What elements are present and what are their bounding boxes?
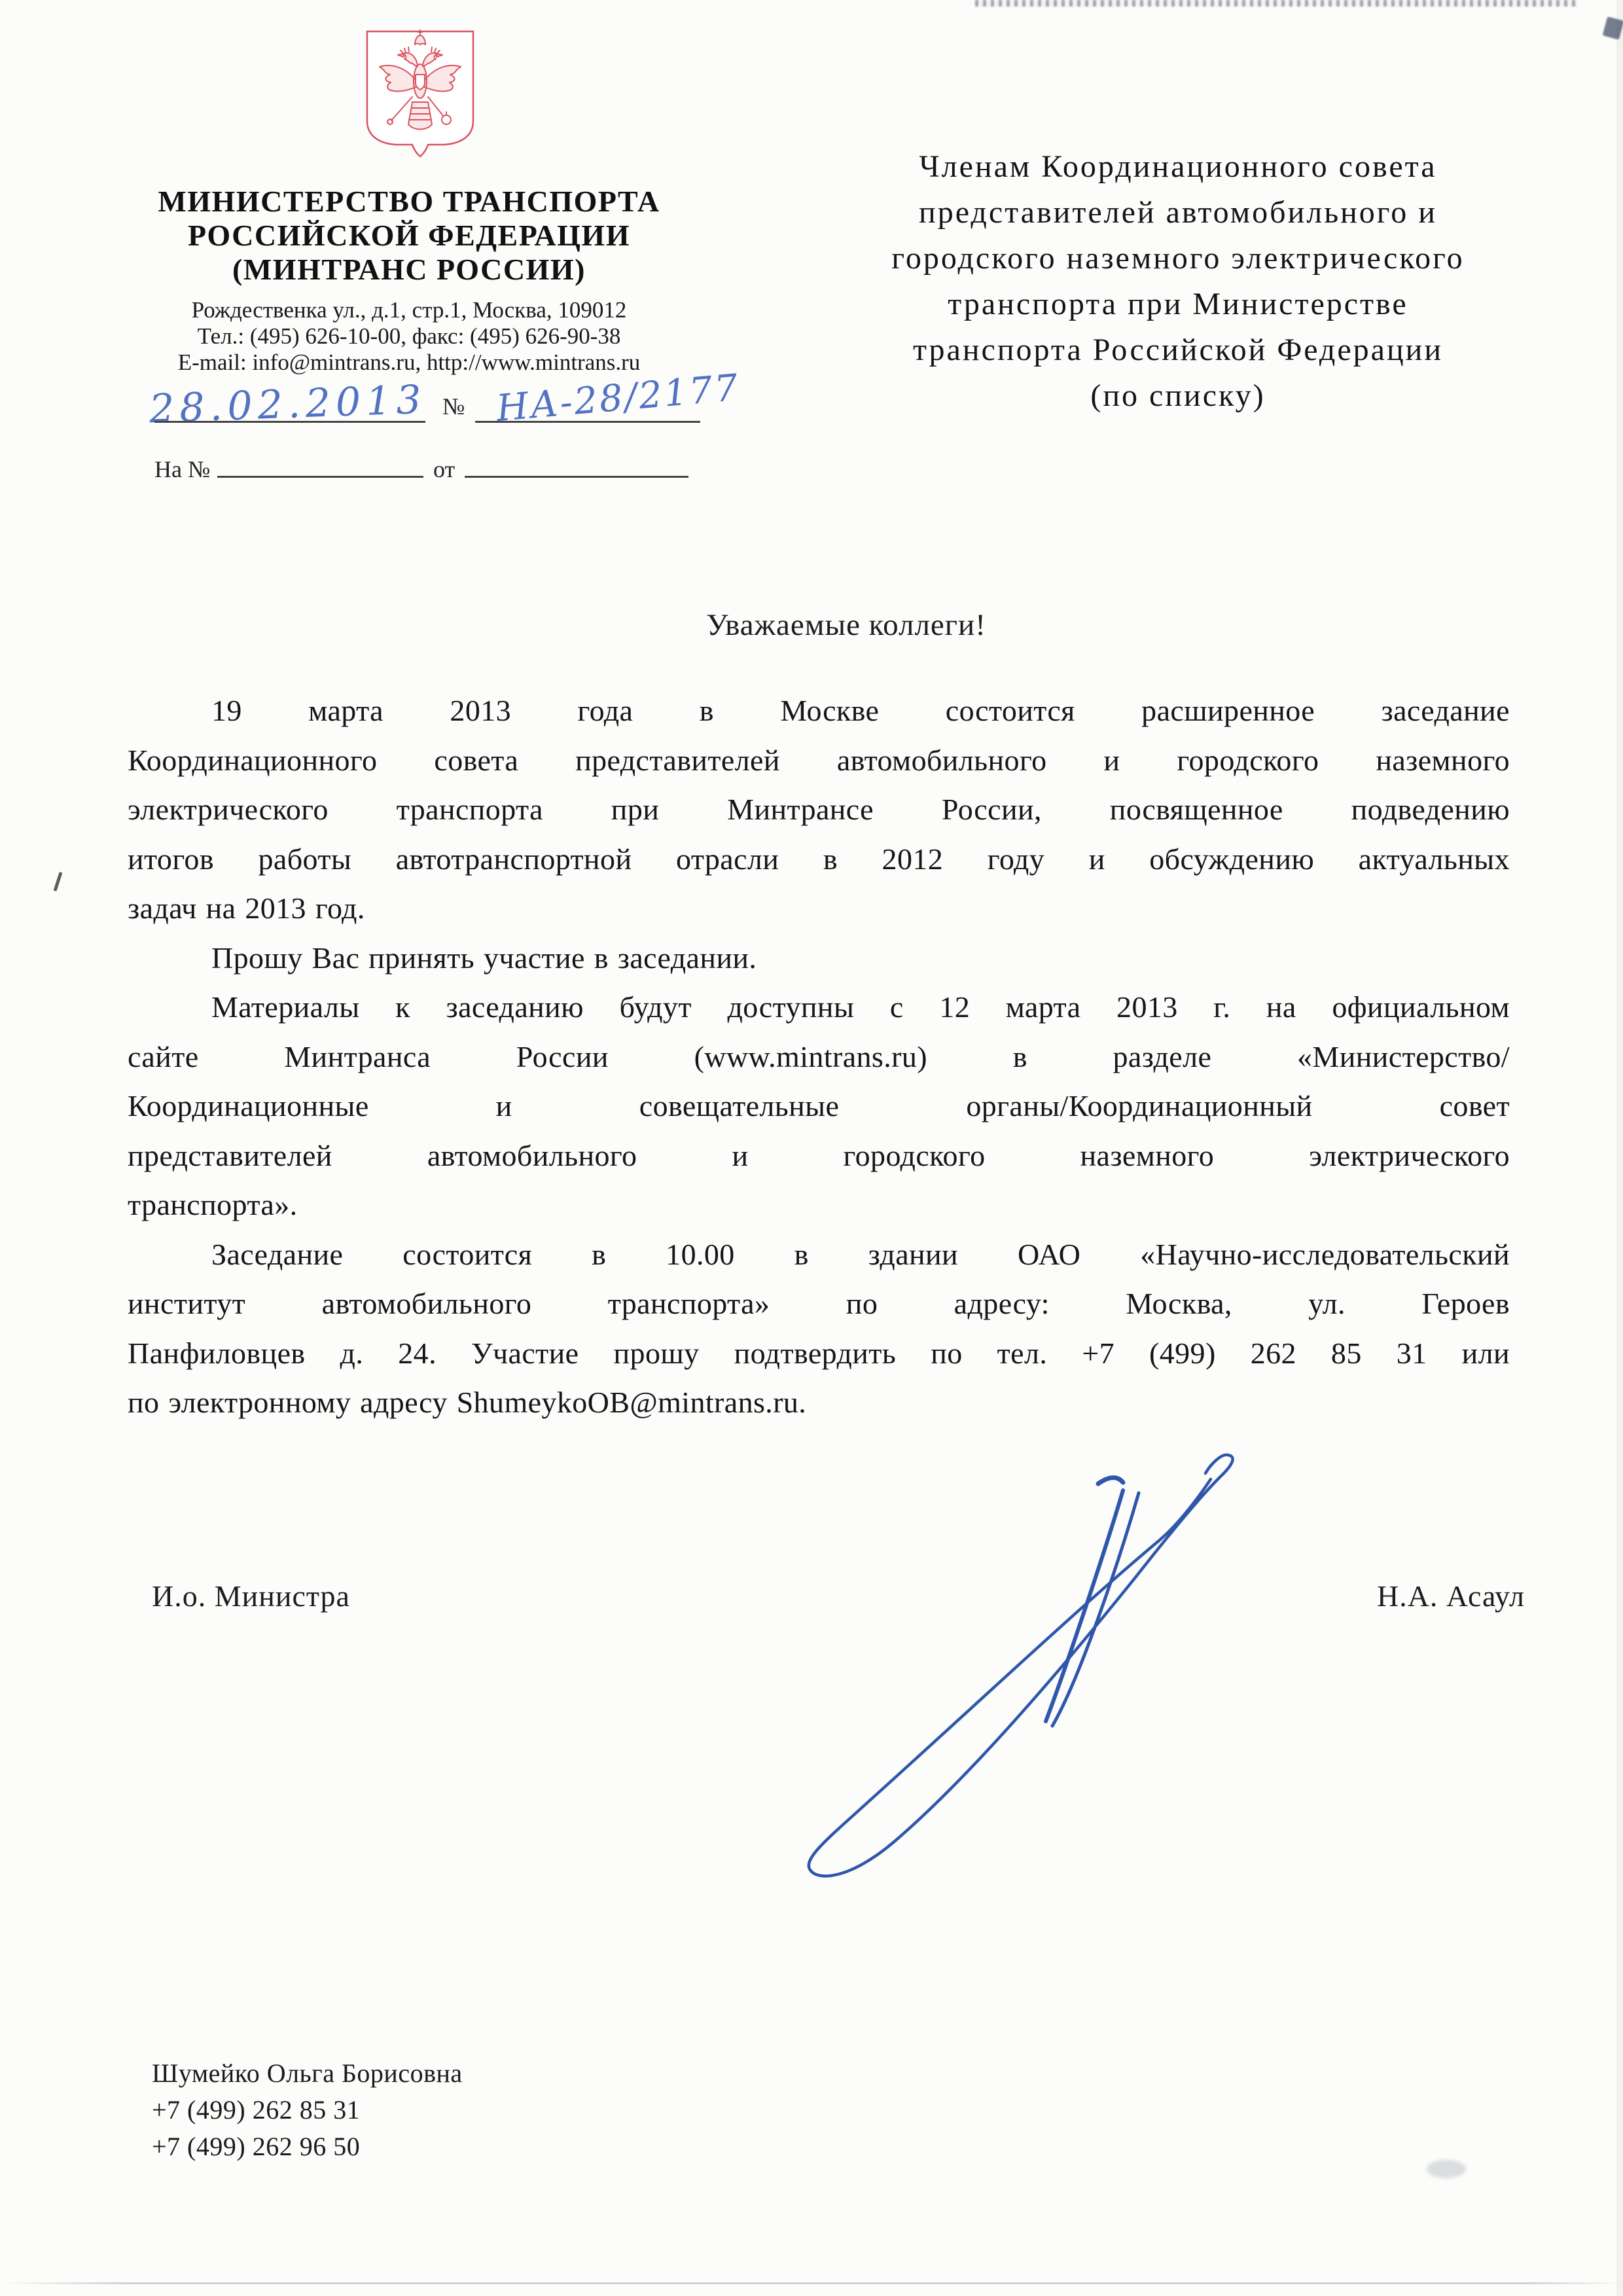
- body-line: 19 марта 2013 года в Москве состоится ра…: [128, 686, 1510, 736]
- scan-artifact-smudge: [1427, 2160, 1466, 2178]
- signature-ink: [753, 1430, 1250, 1892]
- signer-name: Н.А. Асаул: [1243, 1579, 1525, 1613]
- recipient-line: транспорта Российской Федерации: [802, 327, 1554, 373]
- body-line: Координационные и совещательные органы/К…: [128, 1081, 1510, 1131]
- footer-contact-block: Шумейко Ольга Борисовна +7 (499) 262 85 …: [152, 2055, 463, 2165]
- body-line: Координационного совета представителей а…: [128, 736, 1510, 785]
- letter-body: 19 марта 2013 года в Москве состоится ра…: [128, 686, 1510, 1427]
- recipient-line: городского наземного электрического: [802, 236, 1554, 281]
- scan-artifact-edge-shade: [1616, 0, 1623, 2296]
- letterhead-email: E-mail: info@mintrans.ru, http://www.min…: [118, 350, 700, 376]
- reply-number-underline: [217, 476, 423, 478]
- body-line: электрического транспорта при Минтрансе …: [128, 785, 1510, 834]
- body-line: Прошу Вас принять участие в заседании.: [128, 933, 1510, 983]
- reply-date-underline: [465, 476, 688, 478]
- letterhead-phone: Тел.: (495) 626-10-00, факс: (495) 626-9…: [118, 323, 700, 350]
- scan-artifact-stray-mark: [53, 872, 62, 891]
- recipient-line: (по списку): [802, 373, 1554, 419]
- date-field-handwritten: 28.02.2013: [149, 377, 427, 433]
- recipient-block: Членам Координационного совета представи…: [802, 144, 1554, 419]
- date-underline: [154, 421, 425, 423]
- body-line: институт автомобильного транспорта» по а…: [128, 1279, 1510, 1329]
- body-line: сайте Минтранса России (www.mintrans.ru)…: [128, 1032, 1510, 1082]
- body-line: транспорта».: [128, 1180, 1510, 1230]
- body-line: по электронному адресу ShumeykoOB@mintra…: [128, 1378, 1510, 1427]
- salutation: Уважаемые коллеги!: [155, 607, 1537, 643]
- russian-coat-of-arms-icon: [364, 29, 476, 158]
- scan-artifact-top-spot: [1603, 16, 1623, 40]
- body-line: Заседание состоится в 10.00 в здании ОАО…: [128, 1230, 1510, 1280]
- org-name-line1: МИНИСТЕРСТВО ТРАНСПОРТА: [118, 185, 700, 219]
- number-sign-label: №: [442, 393, 465, 420]
- contact-phone-2: +7 (499) 262 96 50: [152, 2128, 463, 2165]
- body-line: Материалы к заседанию будут доступны с 1…: [128, 982, 1510, 1032]
- scan-artifact-bottom-line: [0, 2282, 1623, 2284]
- signer-position-title: И.о. Министра: [152, 1579, 350, 1613]
- org-name-line2: РОССИЙСКОЙ ФЕДЕРАЦИИ: [118, 219, 700, 253]
- recipient-line: Членам Координационного совета: [802, 144, 1554, 190]
- org-name-line3: (МИНТРАНС РОССИИ): [118, 253, 700, 287]
- contact-phone-1: +7 (499) 262 85 31: [152, 2092, 463, 2128]
- body-line: Панфиловцев д. 24. Участие прошу подтвер…: [128, 1329, 1510, 1378]
- recipient-line: транспорта при Министерстве: [802, 281, 1554, 327]
- letterhead-contact-block: Рождественка ул., д.1, стр.1, Москва, 10…: [118, 297, 700, 376]
- reply-from-label: от: [433, 456, 455, 483]
- body-line: задач на 2013 год.: [128, 884, 1510, 933]
- scanned-letter-page: МИНИСТЕРСТВО ТРАНСПОРТА РОССИЙСКОЙ ФЕДЕР…: [0, 0, 1623, 2296]
- body-line: итогов работы автотранспортной отрасли в…: [128, 834, 1510, 884]
- scan-artifact-top-strip: [975, 0, 1577, 7]
- recipient-line: представителей автомобильного и: [802, 190, 1554, 236]
- reply-to-number-label: На №: [154, 456, 210, 483]
- letterhead-org-name: МИНИСТЕРСТВО ТРАНСПОРТА РОССИЙСКОЙ ФЕДЕР…: [118, 185, 700, 287]
- letterhead-address: Рождественка ул., д.1, стр.1, Москва, 10…: [118, 297, 700, 323]
- ref-number-underline: [475, 421, 700, 423]
- body-line: представителей автомобильного и городско…: [128, 1131, 1510, 1181]
- contact-name: Шумейко Ольга Борисовна: [152, 2055, 463, 2092]
